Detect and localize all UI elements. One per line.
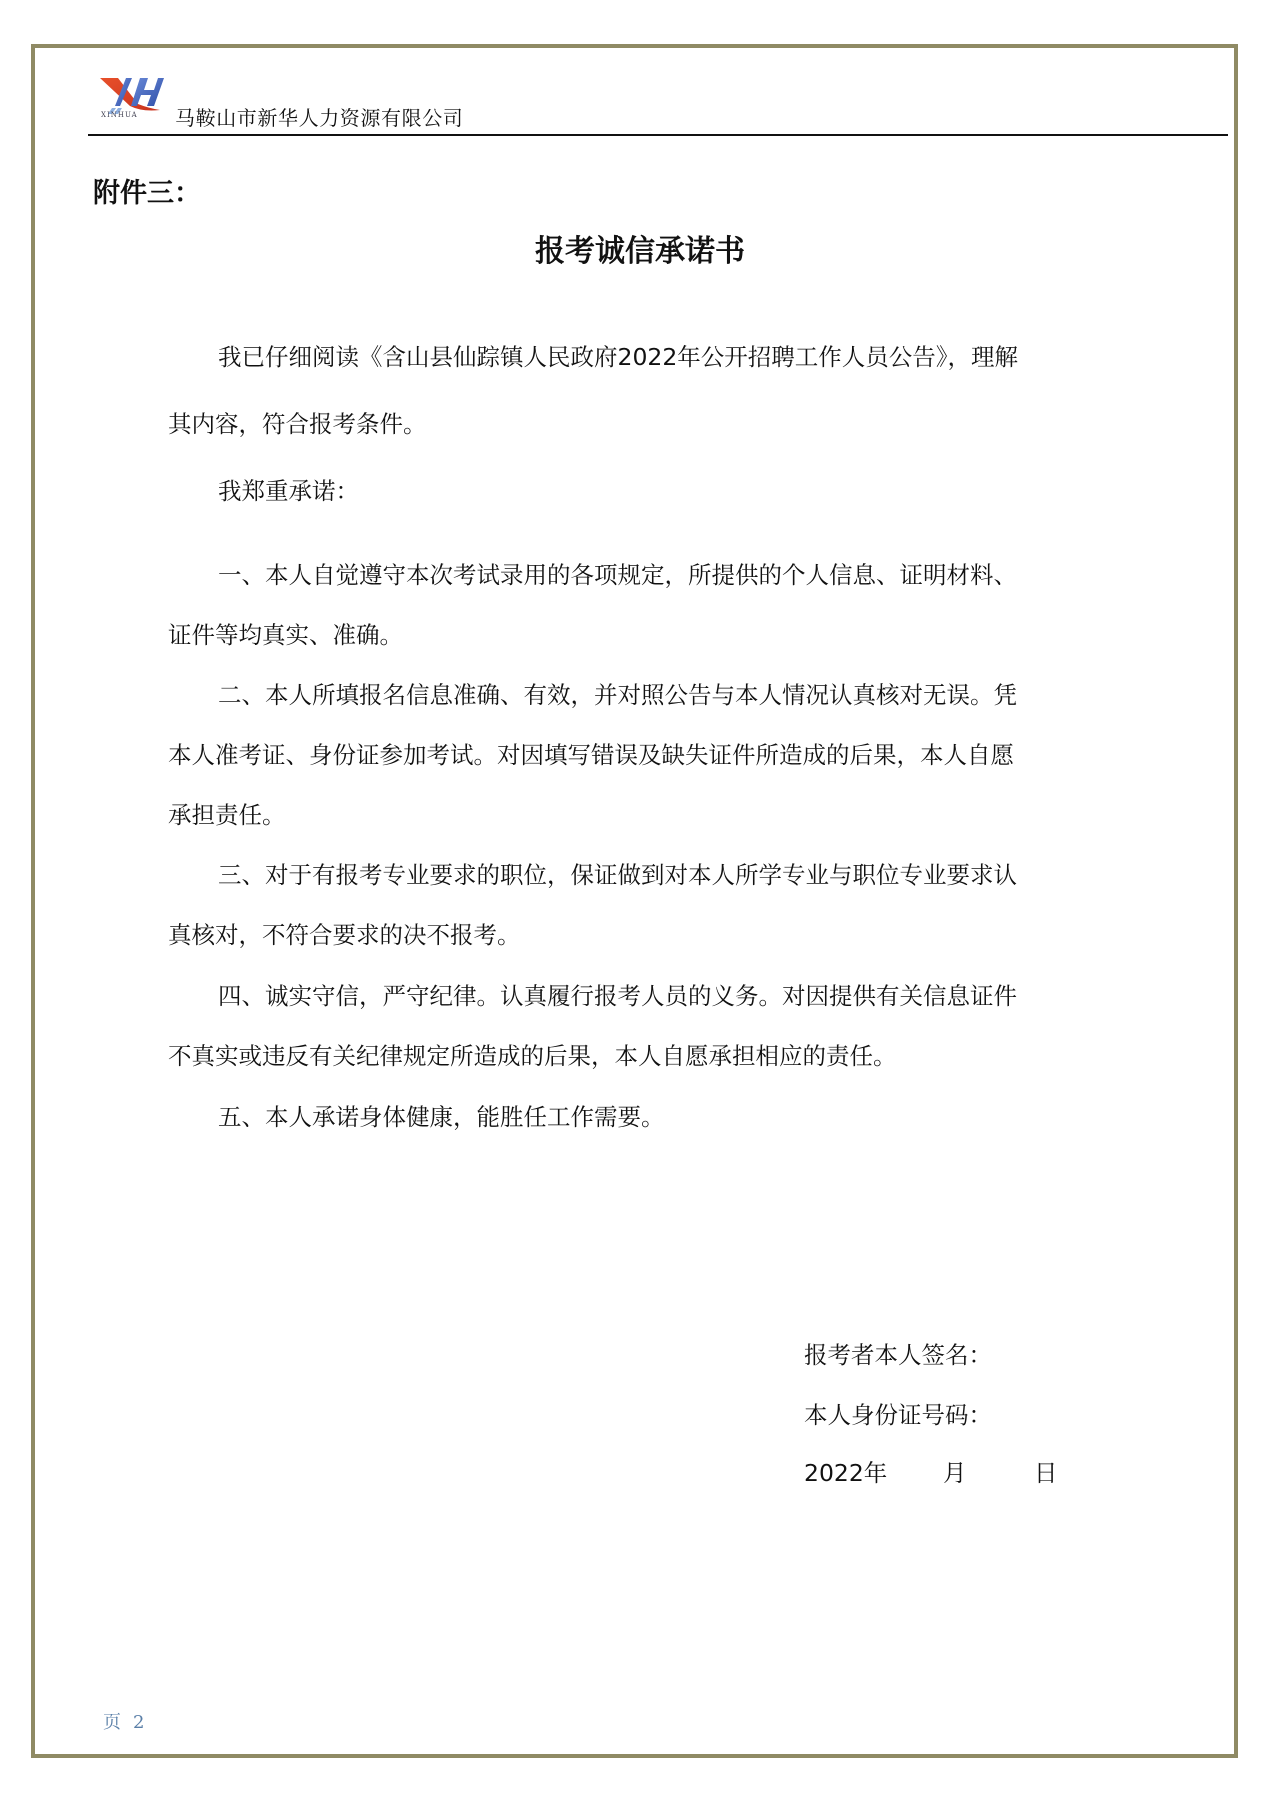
body-line: 其内容，符合报考条件。 (168, 405, 427, 439)
body-line: 我已仔细阅读《含山县仙踪镇人民政府2022年公开招聘工作人员公告》，理解 (218, 338, 1018, 372)
signature-name-label: 报考者本人签名： (804, 1336, 992, 1370)
body-line: 一、本人自觉遵守本次考试录用的各项规定，所提供的个人信息、证明材料、 (218, 556, 1017, 590)
body-line: 承担责任。 (168, 796, 286, 830)
date-day: 日 (1034, 1454, 1058, 1488)
body-line: 不真实或违反有关纪律规定所造成的后果，本人自愿承担相应的责任。 (168, 1037, 897, 1071)
page-footer: 页2 (103, 1708, 144, 1734)
header-divider (88, 134, 1228, 136)
page-label: 页 (103, 1712, 121, 1733)
logo-subtext: XINHUA (101, 111, 138, 119)
attachment-label: 附件三： (93, 171, 201, 210)
body-line: 四、诚实守信，严守纪律。认真履行报考人员的义务。对因提供有关信息证件 (218, 977, 1017, 1011)
signature-id-label: 本人身份证号码： (804, 1396, 992, 1430)
body-line: 我郑重承诺： (218, 472, 359, 506)
page-number: 2 (133, 1712, 144, 1733)
date-month: 月 (943, 1454, 967, 1488)
body-line: 真核对，不符合要求的决不报考。 (168, 916, 521, 950)
page-border (31, 44, 1238, 1758)
document-title: 报考诚信承诺书 (0, 226, 1280, 270)
company-name: 马鞍山市新华人力资源有限公司 (175, 102, 463, 131)
body-line: 二、本人所填报名信息准确、有效，并对照公告与本人情况认真核对无误。凭 (218, 676, 1017, 710)
body-line: 本人准考证、身份证参加考试。对因填写错误及缺失证件所造成的后果，本人自愿 (168, 736, 1014, 770)
body-line: 五、本人承诺身体健康，能胜任工作需要。 (218, 1098, 665, 1132)
date-year: 2022年 (804, 1454, 887, 1488)
body-line: 三、对于有报考专业要求的职位，保证做到对本人所学专业与职位专业要求认 (218, 856, 1017, 890)
body-line: 证件等均真实、准确。 (168, 616, 403, 650)
